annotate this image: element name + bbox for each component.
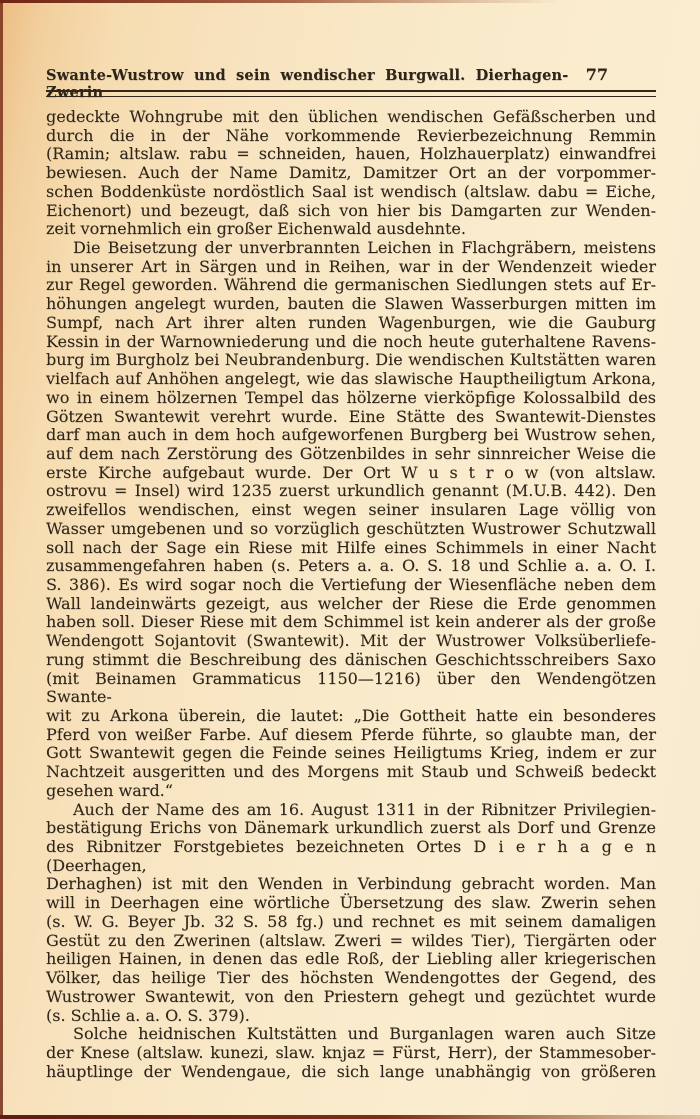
text-line: Wall landeinwärts gezeigt, aus welcher d…: [46, 595, 656, 614]
paragraph: gedeckte Wohngrube mit den üblichen wend…: [46, 108, 656, 239]
paragraph: Die Beisetzung der unverbrannten Leichen…: [46, 239, 656, 801]
text-line: auf dem nach Zerstörung des Götzenbildes…: [46, 445, 656, 464]
text-line: erste Kirche aufgebaut wurde. Der Ort W …: [46, 464, 656, 483]
scan-border-top: [0, 0, 700, 3]
text-line: der Knese (altslaw. kunezi, slaw. knjaz …: [46, 1044, 656, 1063]
text-line: Wendengott Sojantovit (Swantewit). Mit d…: [46, 632, 656, 651]
text-line: Solche heidnischen Kultstätten und Burga…: [46, 1025, 656, 1044]
text-line: Nachtzeit ausgeritten und des Morgens mi…: [46, 763, 656, 782]
text-line: Eichenort) und bezeugt, daß sich von hie…: [46, 202, 656, 221]
paragraph: Auch der Name des am 16. August 1311 in …: [46, 801, 656, 1026]
scan-border-bottom: [0, 1115, 700, 1119]
text-line: (Ramin; altslaw. rabu = schneiden, hauen…: [46, 145, 656, 164]
text-line: rung stimmt die Beschreibung des dänisch…: [46, 651, 656, 670]
text-line: zur Regel geworden. Während die germanis…: [46, 276, 656, 295]
text-line: schen Boddenküste nordöstlich Saal ist w…: [46, 183, 656, 202]
text-line: burg im Burgholz bei Neubrandenburg. Die…: [46, 351, 656, 370]
text-line: vielfach auf Anhöhen angelegt, wie das s…: [46, 370, 656, 389]
text-line: S. 386). Es wird sogar noch die Vertiefu…: [46, 576, 656, 595]
text-line: in unserer Art in Särgen und in Reihen, …: [46, 258, 656, 277]
text-line: Kessin in der Warnowniederung und die no…: [46, 333, 656, 352]
text-line: Pferd von weißer Farbe. Auf diesem Pferd…: [46, 726, 656, 745]
text-line: (s. W. G. Beyer Jb. 32 S. 58 fg.) und re…: [46, 913, 656, 932]
text-line: darf man auch in dem hoch aufgeworfenen …: [46, 426, 656, 445]
text-line: heiligen Hainen, in denen das edle Roß, …: [46, 950, 656, 969]
text-line: häuptlinge der Wendengaue, die sich lang…: [46, 1063, 656, 1082]
paragraph: Solche heidnischen Kultstätten und Burga…: [46, 1025, 656, 1081]
text-line: bestätigung Erichs von Dänemark urkundli…: [46, 819, 656, 838]
text-line: Wasser umgebenen und so vorzüglich gesch…: [46, 520, 656, 539]
text-line: Die Beisetzung der unverbrannten Leichen…: [46, 239, 656, 258]
text-line: wit zu Arkona überein, die lautet: „Die …: [46, 707, 656, 726]
text-line: Götzen Swantewit verehrt wurde. Eine Stä…: [46, 408, 656, 427]
text-line: (mit Beinamen Grammaticus 1150—1216) übe…: [46, 670, 656, 707]
text-line: soll nach der Sage ein Riese mit Hilfe e…: [46, 539, 656, 558]
header-double-rule: [46, 90, 656, 97]
text-line: wo in einem hölzernen Tempel das hölzern…: [46, 389, 656, 408]
text-line: gedeckte Wohngrube mit den üblichen wend…: [46, 108, 656, 127]
text-line: Gestüt zu den Zwerinen (altslaw. Zweri =…: [46, 932, 656, 951]
text-line: Wustrower Swantewit, von den Priestern g…: [46, 988, 656, 1007]
text-line: Gott Swantewit gegen die Feinde seines H…: [46, 744, 656, 763]
text-line: zeit vornehmlich ein großer Eichenwald a…: [46, 220, 656, 239]
text-line: zweifellos wendischen, einst wegen seine…: [46, 501, 656, 520]
text-line: (s. Schlie a. a. O. S. 379).: [46, 1007, 656, 1026]
text-line: höhungen angelegt wurden, bauten die Sla…: [46, 295, 656, 314]
text-line: Derhaghen) ist mit den Wenden in Verbind…: [46, 875, 656, 894]
text-line: gesehen ward.“: [46, 782, 656, 801]
text-line: will in Deerhagen eine wörtliche Überset…: [46, 894, 656, 913]
text-line: ostrovu = Insel) wird 1235 zuerst urkund…: [46, 482, 656, 501]
page-number: 77: [586, 65, 608, 84]
scan-border-left: [0, 0, 3, 1119]
text-line: durch die in der Nähe vorkommende Revier…: [46, 127, 656, 146]
text-line: zusammengefahren haben (s. Peters a. a. …: [46, 557, 656, 576]
text-line: des Ribnitzer Forstgebietes bezeichneten…: [46, 838, 656, 875]
text-line: bewiesen. Auch der Name Damitz, Damitzer…: [46, 164, 656, 183]
body-text: gedeckte Wohngrube mit den üblichen wend…: [46, 108, 656, 1081]
text-line: Auch der Name des am 16. August 1311 in …: [46, 801, 656, 820]
text-line: Sumpf, nach Art ihrer alten runden Wagen…: [46, 314, 656, 333]
text-line: haben soll. Dieser Riese mit dem Schimme…: [46, 613, 656, 632]
text-line: Völker, das heilige Tier des höchsten We…: [46, 969, 656, 988]
